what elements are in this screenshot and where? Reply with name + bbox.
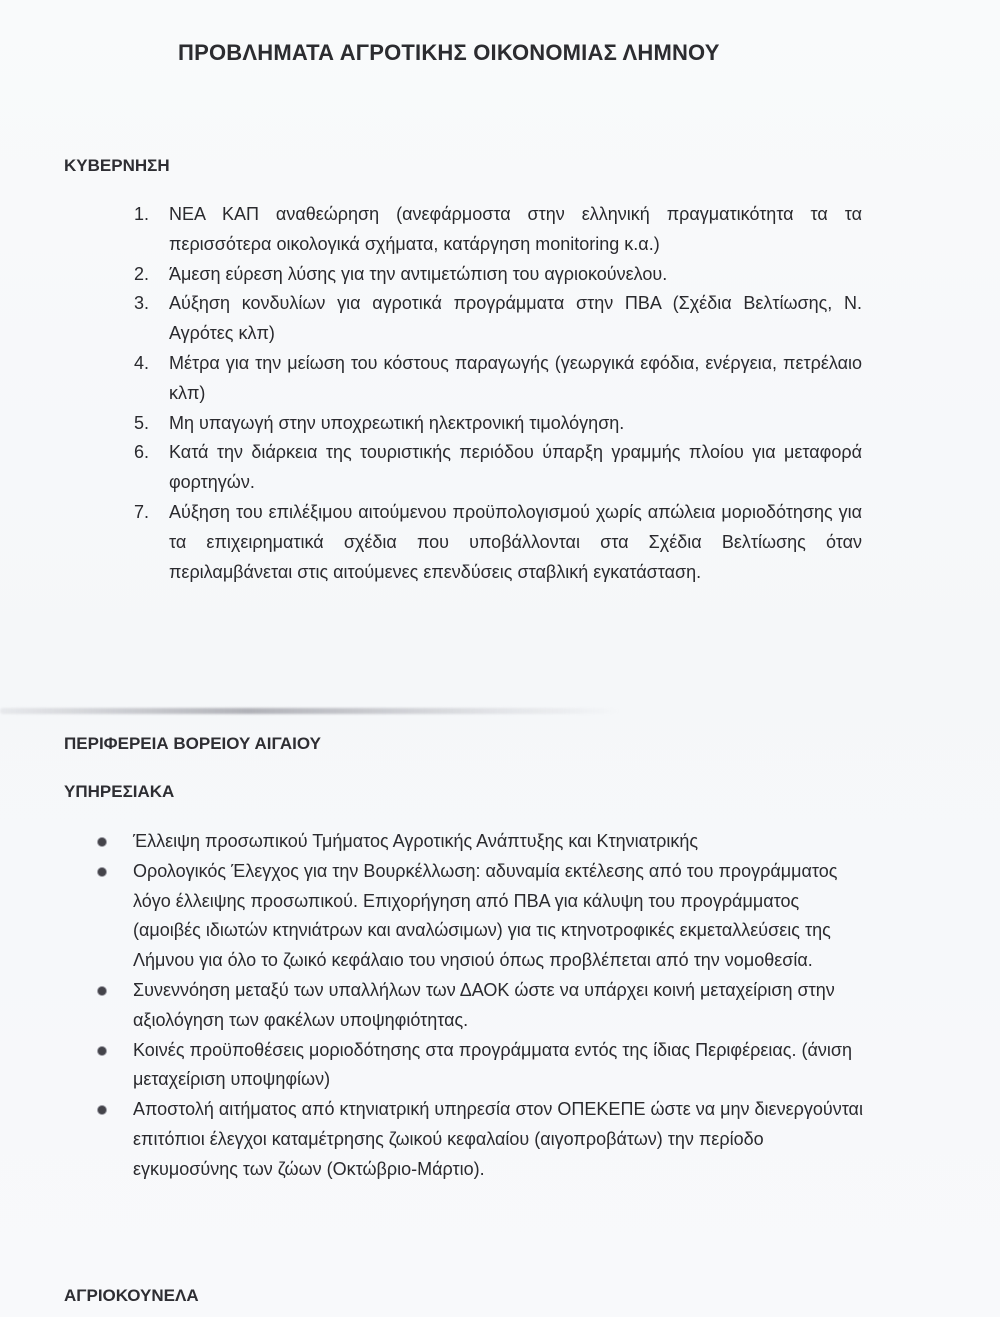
item-number: 3. [134, 289, 149, 319]
bullet-icon [98, 838, 106, 846]
item-text: ΝΕΑ ΚΑΠ αναθεώρηση (ανεφάρμοστα στην ελλ… [169, 204, 862, 254]
government-items-list: 1.ΝΕΑ ΚΑΠ αναθεώρηση (ανεφάρμοστα στην ε… [134, 200, 862, 587]
list-item: 1.ΝΕΑ ΚΑΠ αναθεώρηση (ανεφάρμοστα στην ε… [134, 200, 862, 260]
item-number: 5. [134, 409, 149, 439]
bullet-icon [98, 1047, 106, 1055]
item-text: Άμεση εύρεση λύσης για την αντιμετώπιση … [169, 264, 667, 284]
list-item: 3.Αύξηση κονδυλίων για αγροτικά προγράμμ… [134, 289, 862, 349]
section-heading-region: ΠΕΡΙΦΕΡΕΙΑ ΒΟΡΕΙΟΥ ΑΙΓΑΙΟΥ [64, 734, 321, 754]
scanned-page: ΠΡΟΒΛΗΜΑΤΑ ΑΓΡΟΤΙΚΗΣ ΟΙΚΟΝΟΜΙΑΣ ΛΗΜΝΟΥ Κ… [0, 0, 1000, 1317]
section-heading-rabbits: ΑΓΡΙΟΚΟΥΝΕΛΑ [64, 1286, 199, 1306]
list-item: 7.Αύξηση του επιλέξιμου αιτούμενου προϋπ… [134, 498, 862, 587]
item-text: Αύξηση του επιλέξιμου αιτούμενου προϋπολ… [169, 502, 862, 582]
bullet-icon [98, 1106, 106, 1114]
item-text: Αύξηση κονδυλίων για αγροτικά προγράμματ… [169, 293, 862, 343]
list-item: Έλλειψη προσωπικού Τμήματος Αγροτικής Αν… [96, 827, 866, 857]
bullet-icon [98, 987, 106, 995]
paper-fold-crease [0, 708, 620, 714]
item-number: 1. [134, 200, 149, 230]
list-item: Συνεννόηση μεταξύ των υπαλλήλων των ΔΑΟΚ… [96, 976, 866, 1036]
item-number: 4. [134, 349, 149, 379]
item-text: Κοινές προϋποθέσεις μοριοδότησης στα προ… [133, 1040, 852, 1090]
list-item: Κοινές προϋποθέσεις μοριοδότησης στα προ… [96, 1036, 866, 1096]
item-text: Μη υπαγωγή στην υποχρεωτική ηλεκτρονική … [169, 413, 624, 433]
item-text: Αποστολή αιτήματος από κτηνιατρική υπηρε… [133, 1099, 863, 1179]
item-text: Ορολογικός Έλεγχος για την Βουρκέλλωση: … [133, 861, 837, 970]
services-bullet-list: Έλλειψη προσωπικού Τμήματος Αγροτικής Αν… [96, 827, 866, 1185]
item-number: 6. [134, 438, 149, 468]
list-item: 4.Μέτρα για την μείωση του κόστους παραγ… [134, 349, 862, 409]
document-title: ΠΡΟΒΛΗΜΑΤΑ ΑΓΡΟΤΙΚΗΣ ΟΙΚΟΝΟΜΙΑΣ ΛΗΜΝΟΥ [178, 40, 778, 66]
item-text: Έλλειψη προσωπικού Τμήματος Αγροτικής Αν… [133, 831, 698, 851]
section-heading-services: ΥΠΗΡΕΣΙΑΚΑ [64, 782, 174, 802]
item-number: 7. [134, 498, 149, 528]
list-item: Ορολογικός Έλεγχος για την Βουρκέλλωση: … [96, 857, 866, 976]
item-text: Μέτρα για την μείωση του κόστους παραγωγ… [169, 353, 862, 403]
list-item: 2.Άμεση εύρεση λύσης για την αντιμετώπισ… [134, 260, 862, 290]
item-number: 2. [134, 260, 149, 290]
bullet-icon [98, 868, 106, 876]
section-heading-government: ΚΥΒΕΡΝΗΣΗ [64, 156, 170, 176]
item-text: Κατά την διάρκεια της τουριστικής περιόδ… [169, 442, 862, 492]
list-item: Αποστολή αιτήματος από κτηνιατρική υπηρε… [96, 1095, 866, 1184]
item-text: Συνεννόηση μεταξύ των υπαλλήλων των ΔΑΟΚ… [133, 980, 835, 1030]
list-item: 6.Κατά την διάρκεια της τουριστικής περι… [134, 438, 862, 498]
list-item: 5.Μη υπαγωγή στην υποχρεωτική ηλεκτρονικ… [134, 409, 862, 439]
